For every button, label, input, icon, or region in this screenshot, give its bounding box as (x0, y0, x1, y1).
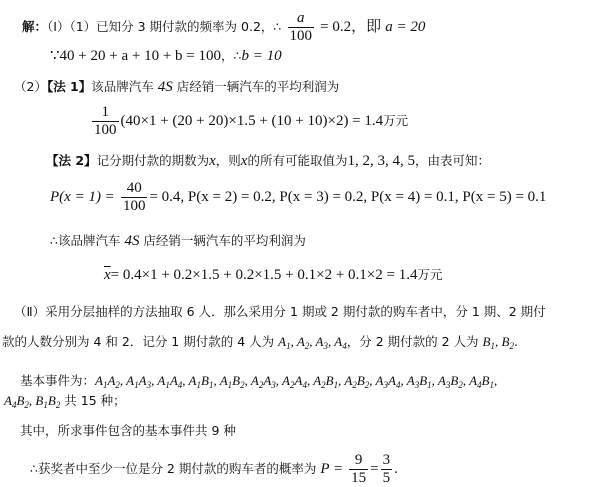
events-list-2: A4B2, B1B2 (4, 393, 60, 408)
q2-label: （2） (14, 79, 47, 94)
b-result: b = 10 (241, 48, 281, 64)
part2-text2b: ，分 2 期付款的 2 人为 (347, 334, 479, 349)
method2-var: x (209, 153, 216, 169)
sum-line: ∵40 + 20 + a + 10 + b = 100，∴b = 10 (50, 47, 282, 66)
prob-distribution: P(x = 1) = 40100= 0.4, P(x = 2) = 0.2, P… (50, 180, 546, 215)
conclusion-text: ∴获奖者中至少一位是分 2 期付款的购车者的概率为 (30, 461, 316, 476)
method1-4s: 4S (158, 79, 173, 95)
method2-values: 1, 2, 3, 4, 5 (347, 153, 415, 169)
fraction-40-over-100: 40100 (121, 180, 148, 215)
part1-label: （Ⅰ） (47, 19, 69, 34)
because-symbol: ∵ (50, 48, 60, 64)
events-label: 基本事件为： (20, 373, 95, 388)
q1-eq: = 0.2，即 (320, 19, 381, 35)
events-line: 基本事件为：A1A2, A1A3, A1A4, A1B1, A1B2, A2A3… (20, 372, 497, 394)
conclusion-end: . (394, 461, 398, 477)
part2-text1: 采用分层抽样的方法抽取 6 人．那么采用分 1 期或 2 期付款的购车者中，分 … (45, 304, 546, 319)
method2-text-c: 的所有可能取值为 (247, 153, 347, 168)
method2-line: 【法 2】记分期付款的期数为x，则x的所有可能取值为1, 2, 3, 4, 5，… (46, 152, 490, 170)
events-list-1: A1A2, A1A3, A1A4, A1B1, A1B2, A2A3, A2A4… (95, 373, 497, 388)
therefore-line: ∴该品牌汽车 4S 店经销一辆汽车的平均利润为 (50, 232, 306, 250)
method2-text-b: ，则 (216, 153, 241, 168)
method2-text-d: ，由表可知： (415, 153, 490, 168)
method1-tag: 【法 1】 (47, 79, 91, 94)
method1-text-b: 店经销一辆汽车的平均利润为 (177, 79, 340, 94)
part2-line2: 款的人数分别为 4 和 2．记分 1 期付款的 4 人为 A1, A2, A3,… (2, 333, 518, 355)
part1-q1-line: 解：（Ⅰ）（1）已知分 3 期付款的频率为 0.2，∴ a100 = 0.2，即… (22, 10, 425, 45)
mean-expr: = 0.4×1 + 0.2×1.5 + 0.2×1.5 + 0.1×2 + 0.… (111, 267, 418, 283)
mean-var: x (104, 267, 111, 283)
group-a: A1, A2, A3, A4 (278, 334, 347, 349)
q2-method1-line: （2）【法 1】该品牌汽车 4S 店经销一辆汽车的平均利润为 (14, 78, 339, 96)
part2-line1: （Ⅱ）采用分层抽样的方法抽取 6 人．那么采用分 1 期或 2 期付款的购车者中… (14, 303, 546, 321)
solution-label: 解： (22, 19, 47, 34)
mean-unit: 万元 (417, 267, 442, 282)
p1-lhs: P(x = 1) = (50, 189, 115, 205)
fraction-a-over-100: a100 (288, 10, 315, 45)
therefore-text-b: 店经销一辆汽车的平均利润为 (143, 233, 306, 248)
method1-formula: 1100(40×1 + (20 + 20)×1.5 + (10 + 10)×2)… (90, 104, 408, 139)
conclusion-p: P = (320, 461, 343, 477)
mean-formula: x= 0.4×1 + 0.2×1.5 + 0.2×1.5 + 0.1×2 + 0… (104, 266, 443, 285)
method2-tag: 【法 2】 (46, 153, 97, 168)
prob-rest: = 0.4, P(x = 2) = 0.2, P(x = 3) = 0.2, P… (149, 189, 546, 205)
favorable-text: 其中，所求事件包含的基本事件共 9 种 (20, 423, 236, 438)
part2-text2a: 款的人数分别为 4 和 2．记分 1 期付款的 4 人为 (2, 334, 274, 349)
method1-unit: 万元 (383, 113, 408, 128)
therefore-4s: 4S (124, 233, 139, 249)
fraction-9-over-15: 915 (349, 452, 368, 487)
therefore-symbol: ，∴ (221, 48, 241, 63)
events-line-2: A4B2, B1B2 共 15 种； (4, 392, 126, 414)
q1-result: a = 20 (385, 19, 425, 35)
fraction-3-over-5: 35 (381, 452, 393, 487)
part2-label: （Ⅱ） (14, 304, 45, 319)
therefore-text-a: ∴该品牌汽车 (50, 233, 120, 248)
sum-equation: 40 + 20 + a + 10 + b = 100 (60, 48, 221, 64)
events-total: 共 15 种； (64, 393, 125, 408)
fraction-1-over-100: 1100 (92, 104, 119, 139)
q1-text: 已知分 3 期付款的频率为 0.2，∴ (96, 19, 281, 34)
favorable-line: 其中，所求事件包含的基本事件共 9 种 (20, 422, 236, 440)
method2-text-a: 记分期付款的期数为 (97, 153, 210, 168)
group-b: B1, B2 (483, 334, 514, 349)
q1-label: （1） (69, 19, 96, 34)
method1-expr: (40×1 + (20 + 20)×1.5 + (10 + 10)×2) = 1… (121, 113, 384, 129)
method1-text-a: 该品牌汽车 (91, 79, 154, 94)
conclusion-line: ∴获奖者中至少一位是分 2 期付款的购车者的概率为 P = 915=35. (30, 452, 398, 487)
